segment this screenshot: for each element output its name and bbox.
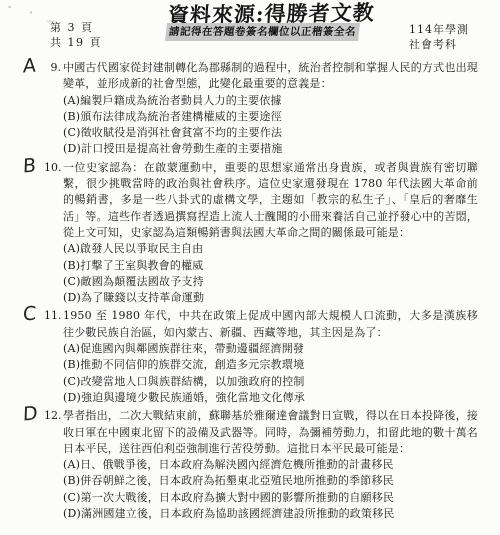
question-block-10: B 10. 一位史家認為：在啟蒙運動中，重要的思想家通常出身貴族，或者與貴族有密… bbox=[0, 160, 500, 307]
question-block-12: D 12. 學者指出，二次大戰結束前，蘇聯基於雅爾達會議對日宣戰，得以在日本投降… bbox=[0, 408, 500, 522]
signature-reminder: 請記得在答題卷簽名欄位以正楷簽全名 bbox=[165, 23, 360, 41]
question-block-9: A 9. 中國古代國家從封建制轉化為郡縣制的過程中，統治者控制和掌握人民的方式也… bbox=[0, 60, 500, 158]
question-number: 11. bbox=[44, 308, 61, 324]
question-option-a: (A)日、俄戰爭後，日本政府為解決國內經濟危機所推動的計畫移民 bbox=[63, 457, 478, 473]
question-option-c: (C)第一次大戰後，日本政府為擴大對中國的影響所推動的自願移民 bbox=[63, 490, 478, 506]
question-stem: 中國古代國家從封建制轉化為郡縣制的過程中，統治者控制和掌握人民的方式也出現變革，… bbox=[63, 60, 478, 93]
scan-artifact bbox=[8, 6, 12, 9]
question-option-d: (D)為了賺錢以支持革命運動 bbox=[63, 290, 478, 306]
question-option-b: (B)頒布法律成為統治者建構權威的主要途徑 bbox=[63, 109, 478, 125]
exam-info: 114年學測 社會考科 bbox=[409, 22, 469, 52]
pages-total: 共 19 頁 bbox=[50, 36, 102, 51]
question-option-b: (B)推動不同信仰的族群交流，創造多元宗教環境 bbox=[63, 357, 478, 373]
question-stem: 學者指出，二次大戰結束前，蘇聯基於雅爾達會議對日宣戰，得以在日本投降後，接收日軍… bbox=[63, 408, 478, 457]
question-option-d: (D)計口授田是提高社會勞動生產的主要措施 bbox=[63, 141, 478, 157]
question-option-d: (D)強迫與邊境少數民族通婚，強化當地文化傳承 bbox=[63, 390, 478, 406]
handwritten-answer-mark: B bbox=[23, 157, 37, 174]
question-number: 9. bbox=[44, 60, 61, 76]
exam-page: 資料來源:得勝者文教 第 3 頁 共 19 頁 請記得在答題卷簽名欄位以正楷簽全… bbox=[0, 0, 500, 535]
scan-artifact bbox=[30, 11, 32, 14]
handwritten-answer-mark: A bbox=[23, 58, 37, 75]
exam-subject: 社會考科 bbox=[409, 37, 469, 52]
question-number: 12. bbox=[44, 408, 61, 424]
question-option-b: (B)打擊了王室與教會的權威 bbox=[63, 258, 478, 274]
exam-session: 114年學測 bbox=[409, 22, 469, 37]
handwritten-answer-mark: D bbox=[23, 406, 38, 423]
question-option-c: (C)徵收賦役是消弭社會貧富不均的主要作法 bbox=[63, 125, 478, 141]
page-number: 第 3 頁 bbox=[50, 21, 102, 36]
question-option-a: (A)啟發人民以爭取民主自由 bbox=[63, 241, 478, 257]
question-option-a: (A)促進國內與鄰國族群往來，帶動邊疆經濟開發 bbox=[63, 341, 478, 357]
question-stem: 一位史家認為：在啟蒙運動中，重要的思想家通常出身貴族，或者與貴族有密切聯繫，很少… bbox=[63, 160, 478, 241]
page-indicator: 第 3 頁 共 19 頁 bbox=[50, 21, 102, 50]
question-option-c: (C)敵國為顛覆法國故予支持 bbox=[63, 274, 478, 290]
question-stem: 1950 至 1980 年代，中共在政策上促成中國內部大規模人口流動，大多是漢族… bbox=[63, 308, 478, 341]
handwritten-answer-mark: C bbox=[23, 306, 37, 323]
question-option-b: (B)併吞朝鮮之後，日本政府為拓墾東北亞殖民地所推動的季節移民 bbox=[63, 473, 478, 489]
question-list: A 9. 中國古代國家從封建制轉化為郡縣制的過程中，統治者控制和掌握人民的方式也… bbox=[0, 60, 500, 524]
question-option-d: (D)滿洲國建立後，日本政府為協助該國經濟建設所推動的政策移民 bbox=[63, 506, 478, 522]
question-block-11: C 11. 1950 至 1980 年代，中共在政策上促成中國內部大規模人口流動… bbox=[0, 308, 500, 406]
question-number: 10. bbox=[44, 160, 61, 176]
question-option-c: (C)改變當地人口與族群結構，以加強政府的控制 bbox=[63, 374, 478, 390]
question-option-a: (A)編製戶籍成為統治者動員人力的主要依據 bbox=[63, 93, 478, 109]
